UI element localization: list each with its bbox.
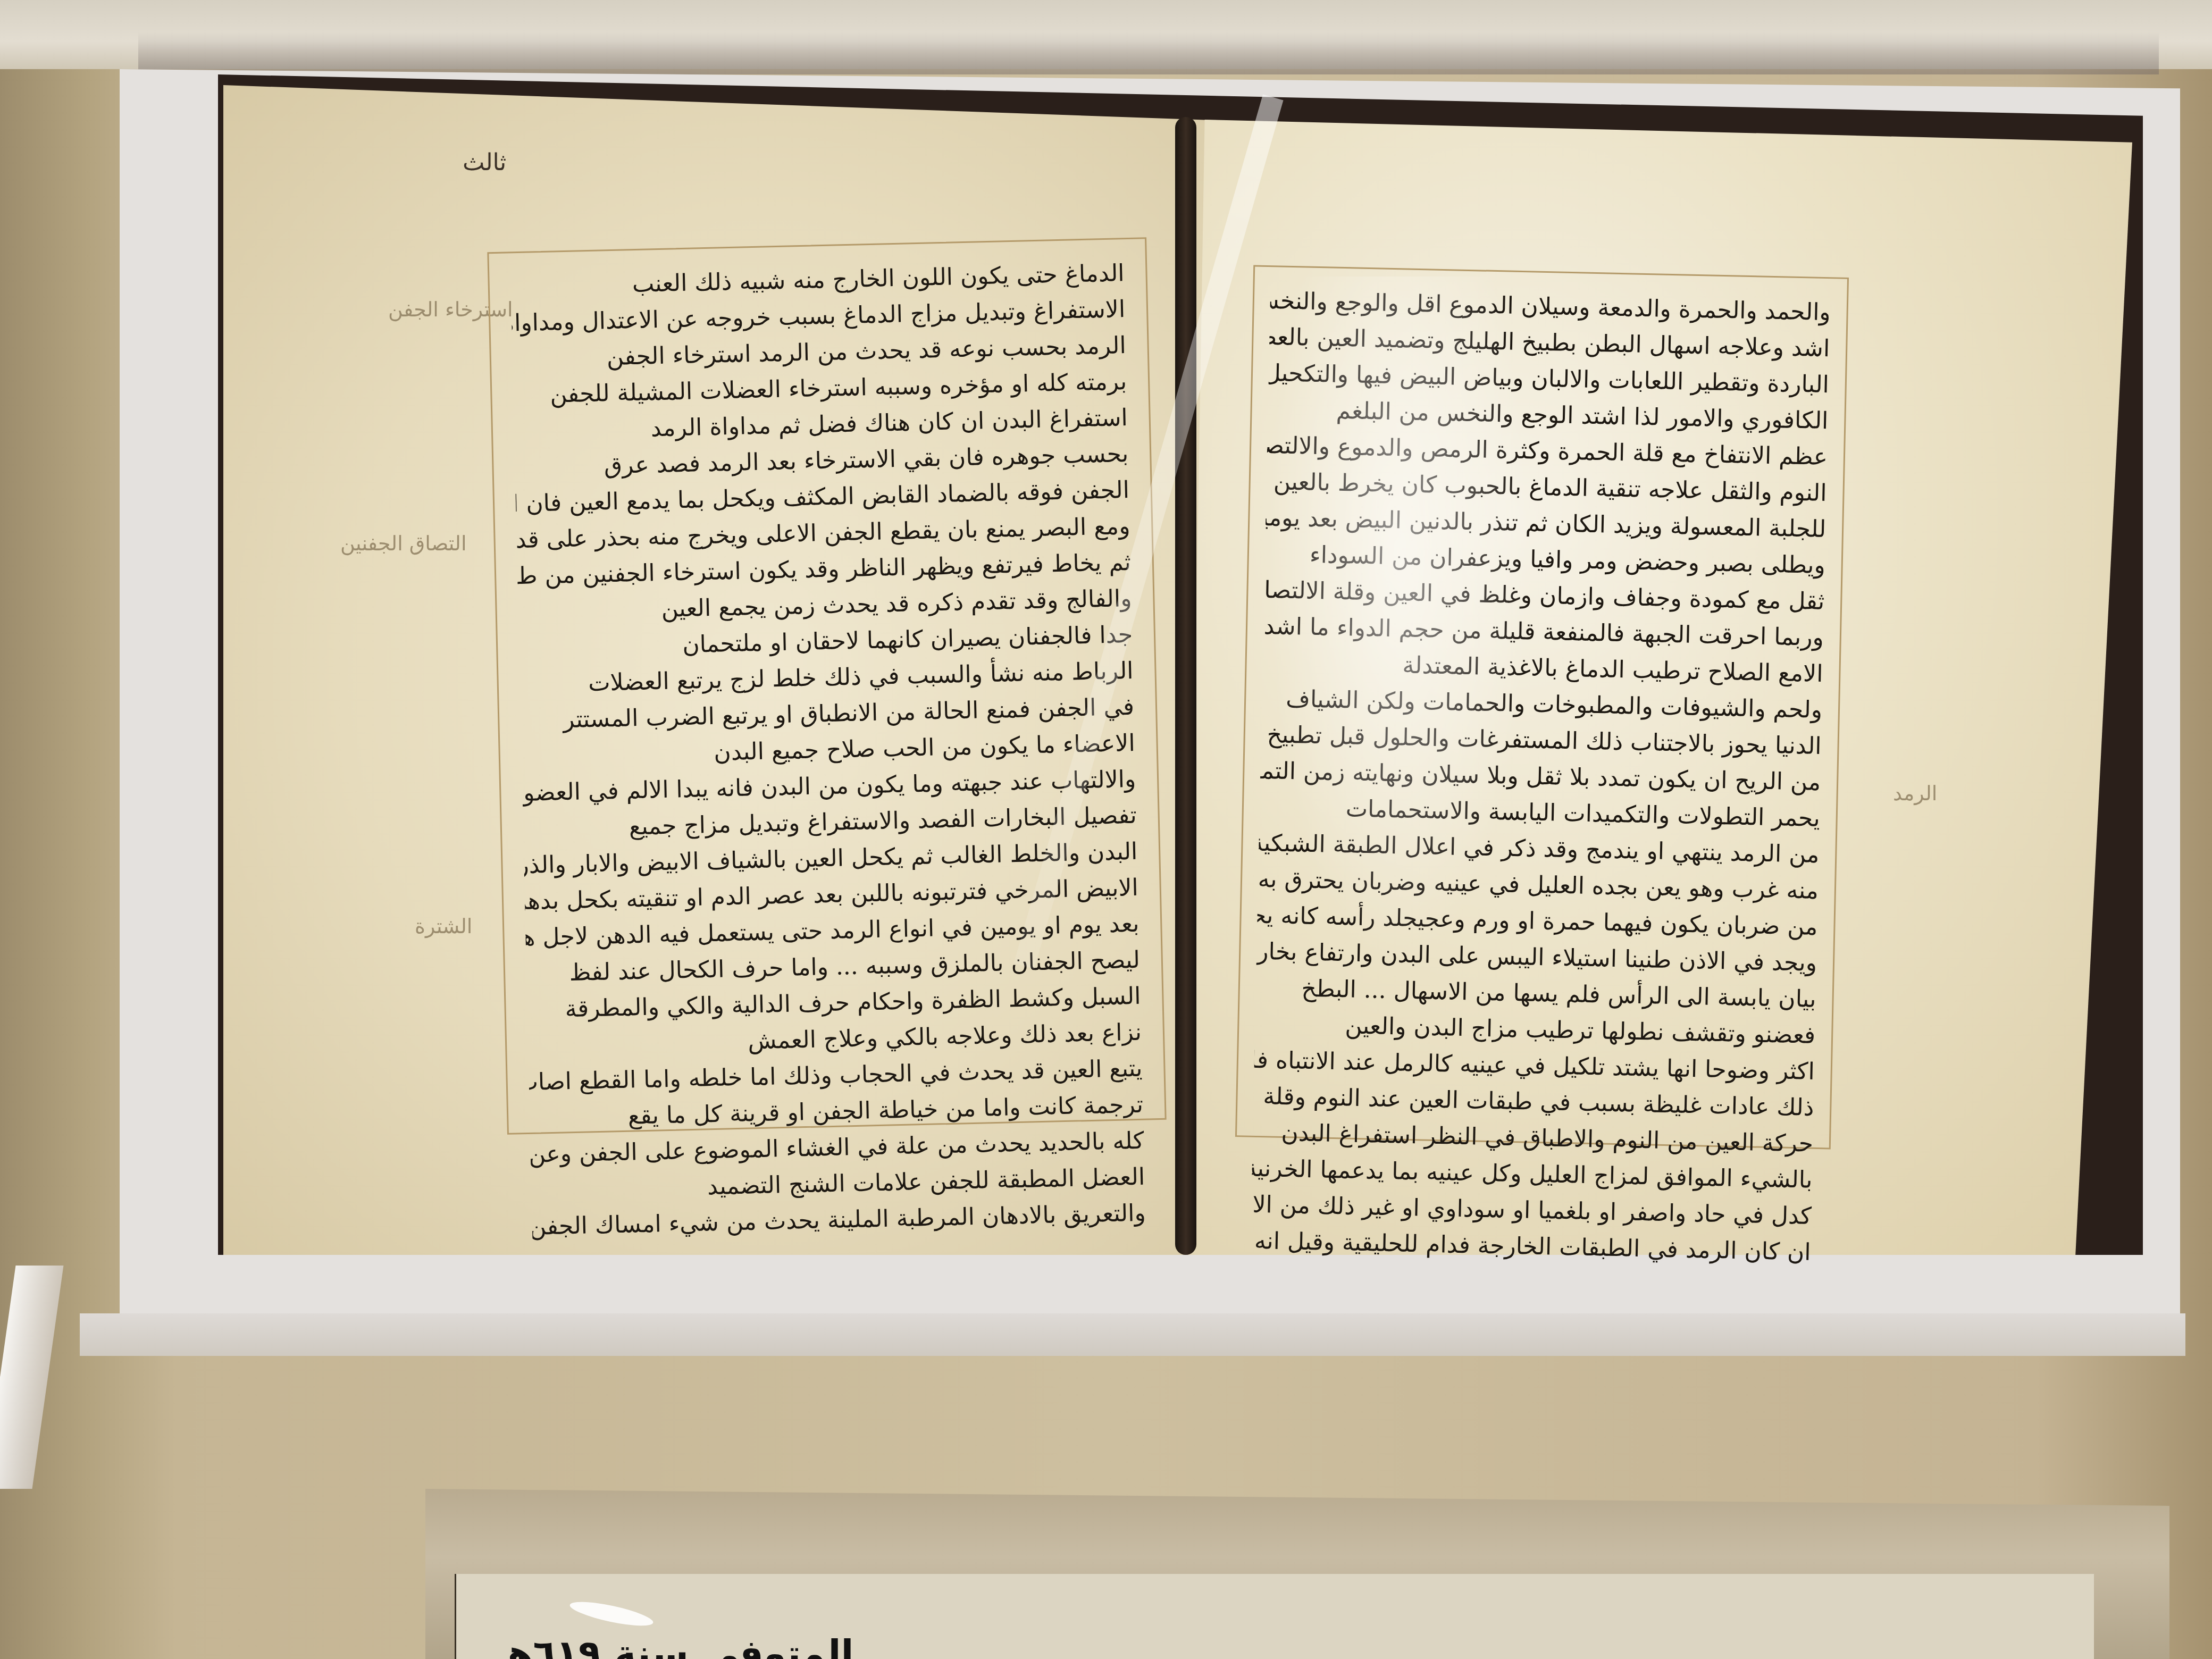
mat-shadow xyxy=(138,32,2159,74)
right-page-text-block: والحمد والحمرة والدمعة وسيلان الدموع اقل… xyxy=(1235,265,1849,1149)
exhibit-label-text: ... المتوفى سنة ٦١٩هـ xyxy=(495,1622,2090,1659)
glass-light-reflection xyxy=(0,1266,64,1489)
margin-note: التصاق الجفنين xyxy=(340,532,466,555)
mat-bottom-edge xyxy=(80,1313,2185,1356)
margin-note: الشترة xyxy=(415,915,472,938)
folio-mark: ثالث xyxy=(463,149,506,176)
manuscript-spine xyxy=(1175,117,1196,1255)
left-page-text-block: الدماغ حتى يكون اللون الخارج منه شبيه ذل… xyxy=(487,237,1166,1135)
margin-note: الرمد xyxy=(1893,782,1937,805)
